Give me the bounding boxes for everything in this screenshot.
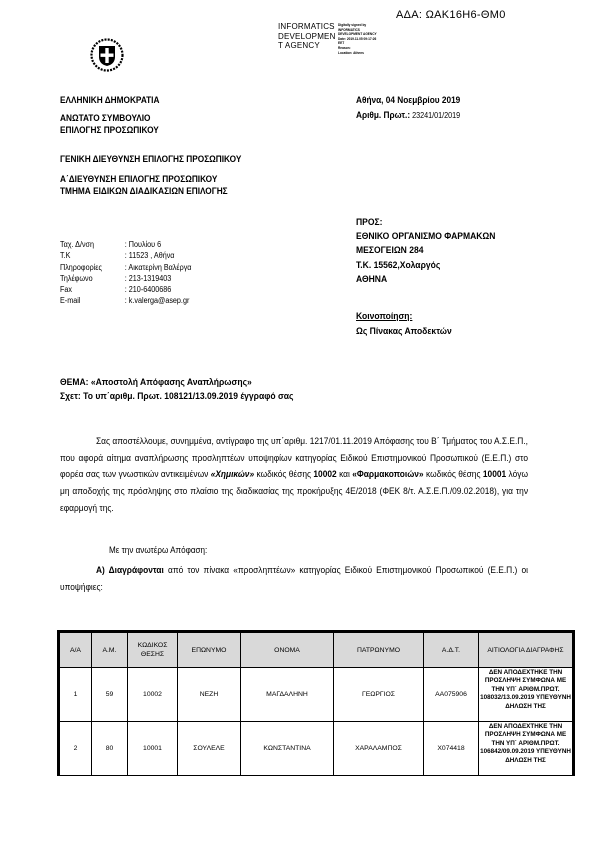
reason-text: ΔΕΝ ΑΠΟΔΕΧΤΗΚΕ ΤΗΝ ΠΡΟΣΛΗΨΗ ΣΥΜΦΩΝΑ ΜΕ Τ… xyxy=(480,669,571,721)
text: κωδικός θέσης xyxy=(254,469,313,479)
contact-label: Ταχ. Δ/νση xyxy=(60,239,125,250)
cell-surname: ΣΟΥΛΕΛΕ xyxy=(178,722,241,776)
ida-line: INFORMATICS xyxy=(278,22,336,32)
council-line: ΑΝΩΤΑΤΟ ΣΥΜΒΟΥΛΙΟ xyxy=(60,112,159,124)
text: και xyxy=(337,469,353,479)
cell-reason: ΔΕΝ ΑΠΟΔΕΧΤΗΚΕ ΤΗΝ ΠΡΟΣΛΗΨΗ ΣΥΜΦΩΝΑ ΜΕ Τ… xyxy=(479,722,574,776)
recipient-line: Τ.Κ. 15562,Χολαργός xyxy=(356,259,495,273)
contact-row: Ταχ. Δ/νση: Πουλίου 6 xyxy=(60,239,191,250)
cell-father: ΓΕΩΡΓΙΟΣ xyxy=(334,668,424,722)
cell-aa: 2 xyxy=(59,722,92,776)
col-header-am: Α.Μ. xyxy=(92,632,128,668)
position-code: 10001 xyxy=(483,469,506,479)
subject-reference: Σχετ: Το υπ΄αριθμ. Πρωτ. 108121/13.09.20… xyxy=(60,390,294,404)
contact-row: Τ.Κ: 11523 , Αθήνα xyxy=(60,250,191,261)
cell-father: ΧΑΡΑΛΑΜΠΟΣ xyxy=(334,722,424,776)
ada-code: ΑΔΑ: ΩΑΚ16Η6-ΘΜ0 xyxy=(396,9,506,21)
protocol-value: 23241/01/2019 xyxy=(410,111,460,120)
cell-reason: ΔΕΝ ΑΠΟΔΕΧΤΗΚΕ ΤΗΝ ΠΡΟΣΛΗΨΗ ΣΥΜΦΩΝΑ ΜΕ Τ… xyxy=(479,668,574,722)
greek-coat-of-arms-icon xyxy=(90,38,124,72)
sig-line: Location: Athens xyxy=(338,51,377,56)
ida-line: T AGENCY xyxy=(278,41,336,51)
pharmacists-label: «Φαρμακοποιών» xyxy=(352,469,423,479)
col-header-father: ΠΑΤΡΩΝΥΜΟ xyxy=(334,632,424,668)
document-date: Αθήνα, 04 Νοεμβρίου 2019 xyxy=(356,95,460,105)
text: κωδικός θέσης xyxy=(424,469,483,479)
recipient-line: ΑΘΗΝΑ xyxy=(356,273,495,287)
cc-value: Ως Πίνακας Αποδεκτών xyxy=(356,325,452,340)
chemists-label: «Χημικών» xyxy=(211,469,254,479)
email-link[interactable]: : k.valerga@asep.gr xyxy=(125,295,190,306)
table-header-row: Α/Α Α.Μ. ΚΩΔΙΚΟΣ ΘΕΣΗΣ ΕΠΩΝΥΜΟ ΟΝΟΜΑ ΠΑΤ… xyxy=(59,632,574,668)
table-row: 1 59 10002 ΝΕΖΗ ΜΑΓΔΑΛΗΝΗ ΓΕΩΡΓΙΟΣ ΑΑ075… xyxy=(59,668,574,722)
contact-label: Τηλέφωνο xyxy=(60,273,125,284)
cc-block: Κοινοποίηση: Ως Πίνακας Αποδεκτών xyxy=(356,310,452,339)
directorate-line: ΤΜΗΜΑ ΕΙΔΙΚΩΝ ΔΙΑΔΙΚΑΣΙΩΝ ΕΠΙΛΟΓΗΣ xyxy=(60,185,228,197)
contact-label: Πληροφορίες xyxy=(60,262,125,273)
contact-value: : 213-1319403 xyxy=(125,273,171,284)
contact-value: : Αικατερίνη Βαλέργα xyxy=(125,262,192,273)
cell-name: ΜΑΓΔΑΛΗΝΗ xyxy=(241,668,334,722)
position-code: 10002 xyxy=(313,469,336,479)
subject-theme: ΘΕΜΑ: «Αποστολή Απόφασης Αναπλήρωσης» xyxy=(60,376,294,390)
col-header-reason: ΑΙΤΙΟΛΟΓΙΑ ΔΙΑΓΡΑΦΗΣ xyxy=(479,632,574,668)
col-header-aa: Α/Α xyxy=(59,632,92,668)
contact-block: Ταχ. Δ/νση: Πουλίου 6 Τ.Κ: 11523 , Αθήνα… xyxy=(60,239,191,307)
cell-adt: ΑΑ075906 xyxy=(424,668,479,722)
contact-row: Τηλέφωνο: 213-1319403 xyxy=(60,273,191,284)
contact-value: : 210-6400686 xyxy=(125,284,171,295)
cc-label: Κοινοποίηση: xyxy=(356,311,412,322)
cell-code: 10002 xyxy=(128,668,178,722)
deletion-label: Α) Διαγράφονται xyxy=(96,565,164,575)
body-paragraph-2: Με την ανωτέρω Απόφαση: xyxy=(109,545,207,555)
cell-name: ΚΩΝΣΤΑΝΤΙΝΑ xyxy=(241,722,334,776)
protocol-label: Αριθμ. Πρωτ.: xyxy=(356,110,410,120)
recipient-line: ΕΘΝΙΚΟ ΟΡΓΑΝΙΣΜΟ ΦΑΡΜΑΚΩΝ xyxy=(356,230,495,244)
directorate-line: Α΄ΔΙΕΥΘΥΝΣΗ ΕΠΙΛΟΓΗΣ ΠΡΟΣΩΠΙΚΟΥ xyxy=(60,173,228,185)
cell-adt: Χ074418 xyxy=(424,722,479,776)
contact-label: Fax xyxy=(60,284,125,295)
contact-value: : Πουλίου 6 xyxy=(125,239,161,250)
subject-block: ΘΕΜΑ: «Αποστολή Απόφασης Αναπλήρωσης» Σχ… xyxy=(60,376,294,403)
republic-heading: ΕΛΛΗΝΙΚΗ ΔΗΜΟΚΡΑΤΙΑ xyxy=(60,94,159,106)
ida-signature-details: Digitally signed by INFORMATICS DEVELOPM… xyxy=(338,23,377,55)
protocol-number: Αριθμ. Πρωτ.: 23241/01/2019 xyxy=(356,110,460,120)
to-label: ΠΡΟΣ: xyxy=(356,216,495,230)
contact-label: E-mail xyxy=(60,295,125,306)
cell-am: 59 xyxy=(92,668,128,722)
col-header-code: ΚΩΔΙΚΟΣ ΘΕΣΗΣ xyxy=(128,632,178,668)
recipient-block: ΠΡΟΣ: ΕΘΝΙΚΟ ΟΡΓΑΝΙΣΜΟ ΦΑΡΜΑΚΩΝ ΜΕΣΟΓΕΙΩ… xyxy=(356,216,495,287)
contact-row: Fax: 210-6400686 xyxy=(60,284,191,295)
col-header-name: ΟΝΟΜΑ xyxy=(241,632,334,668)
cell-am: 80 xyxy=(92,722,128,776)
council-heading: ΑΝΩΤΑΤΟ ΣΥΜΒΟΥΛΙΟ ΕΠΙΛΟΓΗΣ ΠΡΟΣΩΠΙΚΟΥ xyxy=(60,112,159,136)
contact-value: : 11523 , Αθήνα xyxy=(125,250,175,261)
deleted-candidates-table: Α/Α Α.Μ. ΚΩΔΙΚΟΣ ΘΕΣΗΣ ΕΠΩΝΥΜΟ ΟΝΟΜΑ ΠΑΤ… xyxy=(57,630,575,776)
col-header-surname: ΕΠΩΝΥΜΟ xyxy=(178,632,241,668)
cell-aa: 1 xyxy=(59,668,92,722)
reason-text: ΔΕΝ ΑΠΟΔΕΧΤΗΚΕ ΤΗΝ ΠΡΟΣΛΗΨΗ ΣΥΜΦΩΝΑ ΜΕ Τ… xyxy=(480,723,571,775)
recipient-line: ΜΕΣΟΓΕΙΩΝ 284 xyxy=(356,244,495,258)
directorate-heading: Α΄ΔΙΕΥΘΥΝΣΗ ΕΠΙΛΟΓΗΣ ΠΡΟΣΩΠΙΚΟΥ ΤΜΗΜΑ ΕΙ… xyxy=(60,173,228,197)
council-line: ΕΠΙΛΟΓΗΣ ΠΡΟΣΩΠΙΚΟΥ xyxy=(60,124,159,136)
col-header-adt: Α.Δ.Τ. xyxy=(424,632,479,668)
contact-row: Πληροφορίες: Αικατερίνη Βαλέργα xyxy=(60,262,191,273)
contact-row: E-mail: k.valerga@asep.gr xyxy=(60,295,191,306)
cell-code: 10001 xyxy=(128,722,178,776)
body-paragraph-1: Σας αποστέλλουμε, συνημμένα, αντίγραφο τ… xyxy=(60,433,528,517)
ida-line: DEVELOPMEN xyxy=(278,32,336,42)
general-directorate-heading: ΓΕΝΙΚΗ ΔΙΕΥΘΥΝΣΗ ΕΠΙΛΟΓΗΣ ΠΡΟΣΩΠΙΚΟΥ xyxy=(60,153,241,165)
ida-signature-title: INFORMATICS DEVELOPMEN T AGENCY xyxy=(278,22,336,51)
contact-label: Τ.Κ xyxy=(60,250,125,261)
cell-surname: ΝΕΖΗ xyxy=(178,668,241,722)
body-paragraph-3: Α) Διαγράφονται από τον πίνακα «προσληπτ… xyxy=(60,562,528,596)
table-row: 2 80 10001 ΣΟΥΛΕΛΕ ΚΩΝΣΤΑΝΤΙΝΑ ΧΑΡΑΛΑΜΠΟ… xyxy=(59,722,574,776)
